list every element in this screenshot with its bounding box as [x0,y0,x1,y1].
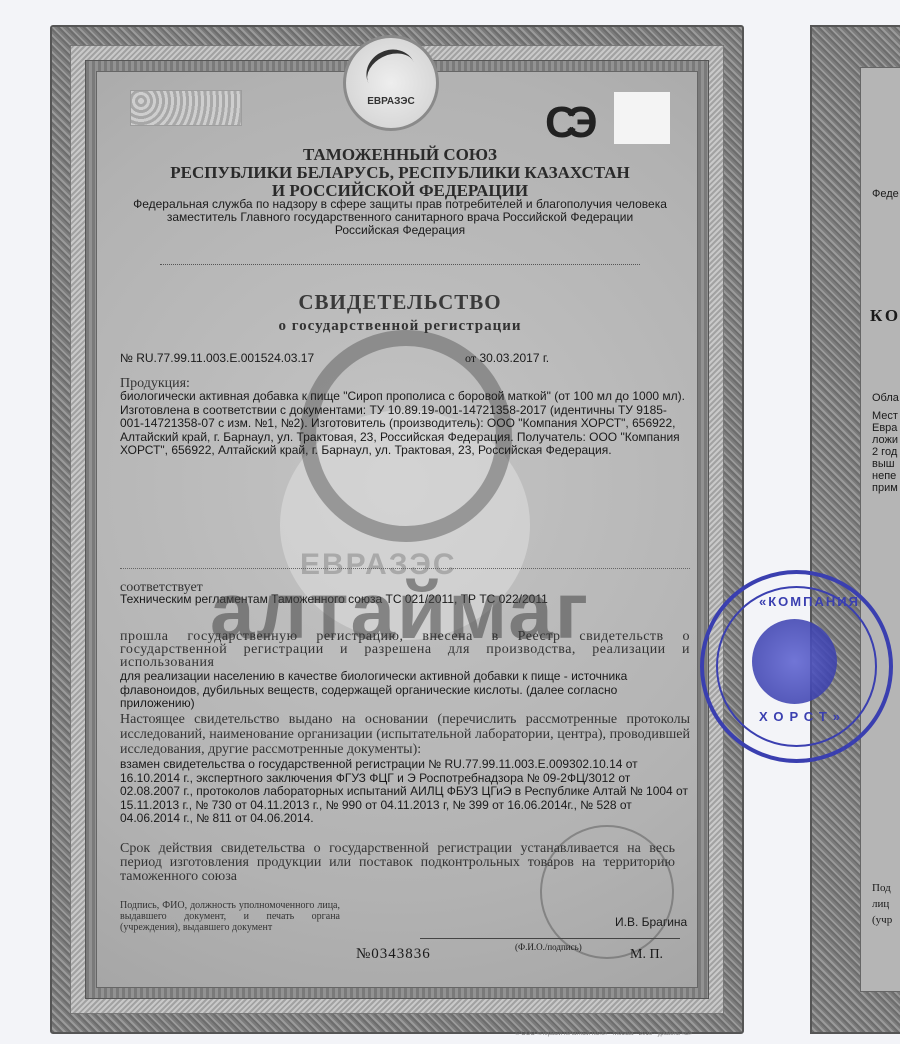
certificate-title: СВИДЕТЕЛЬСТВО [100,290,700,315]
date-value: 30.03.2017 г. [479,351,549,365]
certificate-number: № RU.77.99.11.003.Е.001524.03.17 [120,351,314,365]
second-page-body [860,67,900,992]
agency-line-3: Российская Федерация [100,224,700,237]
second-page-line: Евра [872,422,897,434]
stamp-text-top: «КОМПАНИЯ [759,594,860,609]
second-page-line: Мест [872,410,898,422]
basis-label: Настоящее свидетельство выдано на основа… [120,712,690,757]
emblem-label: ЕВРАЗЭС [346,96,436,107]
printer-imprint: © ООО «Первый печатный полк» · Москва · … [515,1031,692,1037]
emblem-icon [359,42,423,104]
second-page-line: Обла [872,392,899,404]
agency-heading: Федеральная служба по надзору в сфере за… [100,198,700,237]
second-page-line: непе [872,470,896,482]
signature-label: Подпись, ФИО, должность уполномоченного … [120,900,340,933]
second-page-line: лиц [872,898,889,910]
signature-line [420,938,680,939]
number-value: RU.77.99.11.003.Е.001524.03.17 [136,351,314,365]
stamp-globe-icon [752,619,837,704]
guilloche-pattern [130,90,242,126]
second-page-line: 2 год [872,446,897,458]
agency-caption-line [160,264,640,269]
serial-number: №0343836 [356,946,431,963]
second-page-line: ложи [872,434,898,446]
second-page-title: КО [870,306,900,326]
mp-label: М. П. [630,947,663,963]
union-line-2: РЕСПУБЛИКИ БЕЛАРУСЬ, РЕСПУБЛИКИ КАЗАХСТА… [100,164,700,182]
date-label: от [465,351,476,365]
certificate-date: от 30.03.2017 г. [465,351,549,366]
product-text: биологически активная добавка к пище "Си… [120,390,690,458]
company-stamp: «КОМПАНИЯ ХОРСТ» [700,570,893,763]
fio-caption: (Ф.И.О./подпись) [515,942,582,952]
second-page-line: прим [872,482,898,494]
signatory-name: И.В. Брагина [615,915,687,929]
eurasec-emblem: ЕВРАЗЭС [343,35,439,131]
union-heading: ТАМОЖЕННЫЙ СОЮЗ РЕСПУБЛИКИ БЕЛАРУСЬ, РЕС… [100,146,700,200]
stamp-text-bottom: ХОРСТ» [759,709,846,724]
number-label: № [120,351,133,365]
hologram-sticker [614,92,670,144]
second-page-line: выш [872,458,895,470]
ce-mark-icon: СЭ [545,98,588,148]
product-section: Продукция: биологически активная добавка… [120,378,690,458]
usage-text: для реализации населению в качестве биол… [120,670,690,711]
certificate-subtitle: о государственной регистрации [100,318,700,335]
second-page-fed: Феде [872,188,899,200]
registration-statement: прошла государственную регистрацию, внес… [120,630,690,669]
second-page-line: (учр [872,914,892,926]
basis-text: взамен свидетельства о государственной р… [120,758,690,826]
union-line-1: ТАМОЖЕННЫЙ СОЮЗ [100,146,700,164]
second-page-line: Под [872,882,891,894]
validity-text: Срок действия свидетельства о государств… [120,842,675,884]
